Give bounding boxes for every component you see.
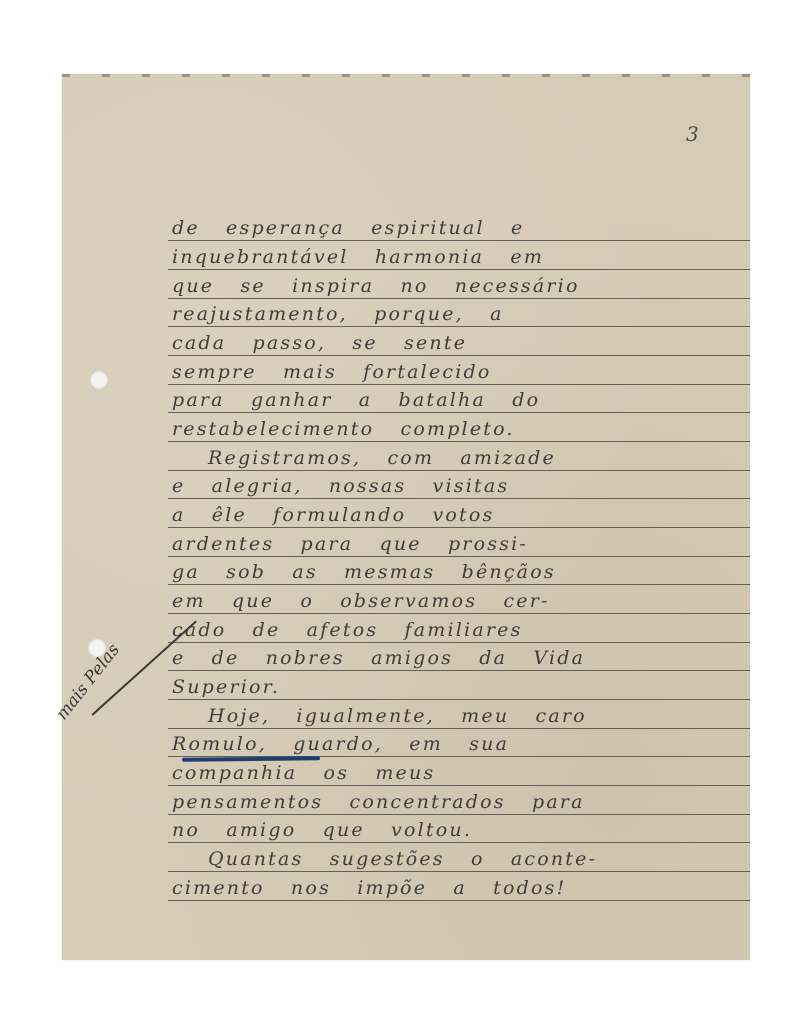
- manuscript-line: Quantas sugestões o aconte-: [172, 845, 783, 873]
- manuscript-line: reajustamento, porque, a: [172, 300, 747, 328]
- manuscript-line: Romulo, guardo, em sua: [172, 730, 747, 758]
- page-number: 3: [686, 122, 699, 146]
- manuscript-line: que se inspira no necessário: [172, 272, 747, 300]
- manuscript-line: inquebrantável harmonia em: [172, 243, 747, 271]
- manuscript-line: ardentes para que prossi-: [172, 530, 747, 558]
- manuscript-line: de esperança espiritual e: [172, 214, 747, 242]
- manuscript-line: cada passo, se sente: [172, 329, 747, 357]
- manuscript-line: a êle formulando votos: [172, 501, 747, 529]
- paper-edge-stain: [62, 74, 750, 77]
- manuscript-line: Registramos, com amizade: [172, 444, 783, 472]
- manuscript-line: e alegria, nossas visitas: [172, 472, 747, 500]
- manuscript-line: Hoje, igualmente, meu caro: [172, 702, 783, 730]
- punch-hole-top: [90, 371, 108, 389]
- manuscript-line: para ganhar a batalha do: [172, 386, 747, 414]
- manuscript-page: 3 de esperança espiritual e inquebrantáv…: [62, 74, 750, 960]
- manuscript-line: cimento nos impõe a todos!: [172, 874, 747, 902]
- manuscript-line: pensamentos concentrados para: [172, 788, 747, 816]
- manuscript-line: no amigo que voltou.: [172, 816, 747, 844]
- manuscript-line: ga sob as mesmas bênçãos: [172, 558, 747, 586]
- manuscript-line: restabelecimento completo.: [172, 415, 747, 443]
- manuscript-line: sempre mais fortalecido: [172, 358, 747, 386]
- manuscript-line: em que o observamos cer-: [172, 587, 747, 615]
- manuscript-line: companhia os meus: [172, 759, 747, 787]
- manuscript-line: e de nobres amigos da Vida: [172, 644, 747, 672]
- manuscript-line: cado de afetos familiares: [172, 616, 747, 644]
- margin-note: mais Pelas: [52, 640, 124, 724]
- manuscript-line: Superior.: [172, 673, 747, 701]
